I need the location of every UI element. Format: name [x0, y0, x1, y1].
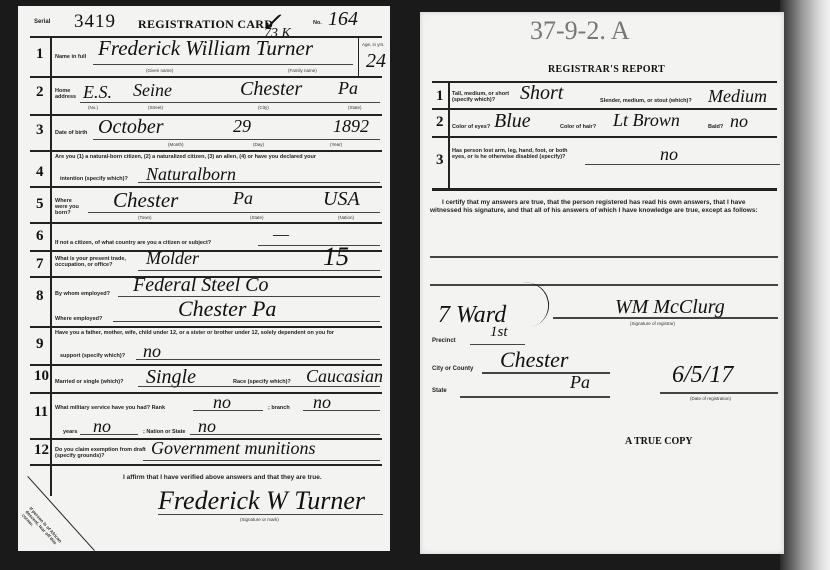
true-copy-stamp: A TRUE COPY — [625, 436, 693, 447]
military-nation-label: ; Nation or State — [143, 429, 185, 435]
corner-note: If person is of African descent, tear of… — [21, 506, 72, 561]
birth-label: Date of birth — [55, 130, 87, 136]
row-number: 1 — [36, 46, 44, 63]
caption: (Month) — [168, 142, 184, 147]
caption: (City) — [258, 105, 269, 110]
rule — [30, 326, 382, 328]
birth-month: October — [98, 116, 164, 139]
background-edge — [780, 0, 830, 570]
row-number: 3 — [436, 152, 444, 169]
caption: (State) — [250, 215, 264, 220]
caption: (Day) — [253, 142, 264, 147]
height-label: Tall, medium, or short (specify which)? — [452, 91, 512, 103]
registrar-signature: WM McClurg — [615, 296, 725, 319]
caption: (Family name) — [288, 68, 317, 73]
row-number: 12 — [34, 442, 49, 459]
hair-color-value: Lt Brown — [613, 110, 680, 131]
rule — [30, 76, 382, 78]
precinct-value: 1st — [490, 324, 508, 341]
order-label: No. — [313, 20, 322, 26]
address-state: Pa — [338, 78, 358, 99]
rule — [432, 136, 777, 138]
row-number: 1 — [436, 88, 444, 105]
serial-number: 3419 — [74, 11, 116, 33]
caption: (Given name) — [146, 68, 173, 73]
caption: (Year) — [330, 142, 342, 147]
row-number: 6 — [36, 228, 44, 245]
registration-card-back: 37-9-2. A REGISTRAR'S REPORT 1 Tall, med… — [420, 12, 784, 554]
race-value: Caucasian — [306, 366, 383, 387]
date-caption: (Date of registration) — [690, 396, 731, 401]
dependents-question: Have you a father, mother, wife, child u… — [55, 330, 334, 336]
military-years-label: years — [63, 429, 77, 435]
employer-value: Federal Steel Co — [133, 274, 269, 297]
annotation-stroke — [503, 277, 554, 331]
rule — [30, 222, 382, 224]
address-label: Home address — [55, 88, 81, 100]
age-value: 24 — [366, 50, 386, 73]
rule — [358, 36, 359, 76]
address-street: Seine — [133, 80, 172, 101]
birthplace-nation: USA — [323, 188, 360, 211]
row-number: 10 — [34, 368, 49, 385]
row-number: 2 — [436, 114, 444, 131]
height-value: Short — [520, 82, 563, 105]
archive-stamp: 37-9-2. A — [530, 16, 630, 46]
report-title: REGISTRAR'S REPORT — [548, 64, 665, 75]
birthplace-label: Where were you born? — [55, 198, 83, 216]
hair-color-label: Color of hair? — [560, 124, 596, 130]
bald-label: Bald? — [708, 124, 723, 130]
certification-text: I certify that my answers are true, that… — [430, 199, 772, 215]
registrar-caption: (Signature of registrar) — [630, 321, 675, 326]
exemption-value: Government munitions — [151, 438, 315, 459]
rule — [432, 108, 777, 110]
row-number: 3 — [36, 122, 44, 139]
row-number: 11 — [34, 404, 48, 421]
age-label: Age, in yrs. — [362, 42, 385, 47]
state-label: State — [432, 388, 447, 394]
rule — [432, 81, 777, 83]
race-label: Race (specify which)? — [233, 379, 291, 385]
card-title: REGISTRATION CARD — [138, 17, 273, 32]
rule — [30, 114, 382, 116]
address-city: Chester — [240, 78, 302, 101]
birth-year: 1892 — [333, 116, 369, 137]
disability-value: no — [660, 144, 678, 165]
row-number: 8 — [36, 288, 44, 305]
occupation-mark: 15 — [323, 242, 349, 272]
citizenship-country-label: If not a citizen, of what country are yo… — [55, 240, 211, 246]
caption: (No.) — [88, 105, 98, 110]
order-number: 164 — [328, 8, 358, 31]
eye-color-label: Color of eyes? — [452, 124, 490, 130]
signature-caption: (Signature or mark) — [240, 517, 279, 522]
row-number: 2 — [36, 84, 44, 101]
rule — [30, 464, 382, 466]
employment-place-label: Where employed? — [55, 316, 102, 322]
eye-color-value: Blue — [494, 110, 531, 133]
occupation-value: Molder — [146, 248, 199, 269]
row-number: 4 — [36, 164, 44, 181]
employment-place-value: Chester Pa — [178, 296, 276, 322]
birthplace-town: Chester — [113, 188, 178, 213]
affirmation-text: I affirm that I have verified above answ… — [123, 474, 322, 481]
disability-label: Has person lost arm, leg, hand, foot, or… — [452, 148, 582, 160]
name-label: Name in full — [55, 54, 86, 60]
military-branch-label: ; branch — [268, 405, 290, 411]
city-value: Chester — [500, 347, 568, 373]
serial-label: Serial — [34, 19, 50, 25]
rule — [432, 188, 777, 191]
build-value: Medium — [708, 86, 767, 107]
precinct-label: Precinct — [432, 338, 456, 344]
rule — [448, 81, 450, 188]
registrant-signature: Frederick W Turner — [158, 486, 365, 516]
state-value: Pa — [570, 372, 590, 393]
birthplace-state: Pa — [233, 188, 253, 209]
address-no: E.S. — [83, 82, 112, 103]
exemption-label: Do you claim exemption from draft (speci… — [55, 447, 165, 459]
caption: (Town) — [138, 215, 152, 220]
row-number: 7 — [36, 256, 44, 273]
caption: (State) — [348, 105, 362, 110]
birth-day: 29 — [233, 116, 251, 137]
row-number: 5 — [36, 196, 44, 213]
rule — [50, 36, 52, 496]
occupation-label: What is your present trade, occupation, … — [55, 256, 140, 268]
build-label: Slender, medium, or stout (which)? — [600, 98, 692, 104]
caption: (Street) — [148, 105, 163, 110]
row-number: 9 — [36, 336, 44, 353]
marital-label: Married or single (which)? — [55, 379, 123, 385]
city-label: City or County — [432, 366, 473, 372]
registration-card-front: Serial 3419 REGISTRATION CARD No. 164 ✓ … — [18, 6, 390, 551]
citizenship-label: intention (specify which)? — [60, 176, 128, 182]
bald-value: no — [730, 111, 748, 132]
dependents-label: support (specify which)? — [60, 353, 125, 359]
name-value: Frederick William Turner — [98, 36, 313, 61]
caption: (Nation) — [338, 215, 354, 220]
employer-label: By whom employed? — [55, 291, 110, 297]
citizenship-country-value: — — [273, 224, 289, 245]
military-rank-label: What military service have you had? Rank — [55, 405, 165, 411]
rule — [30, 150, 382, 152]
registration-date: 6/5/17 — [672, 362, 733, 389]
citizenship-question: Are you (1) a natural-born citizen, (2) … — [55, 154, 316, 160]
